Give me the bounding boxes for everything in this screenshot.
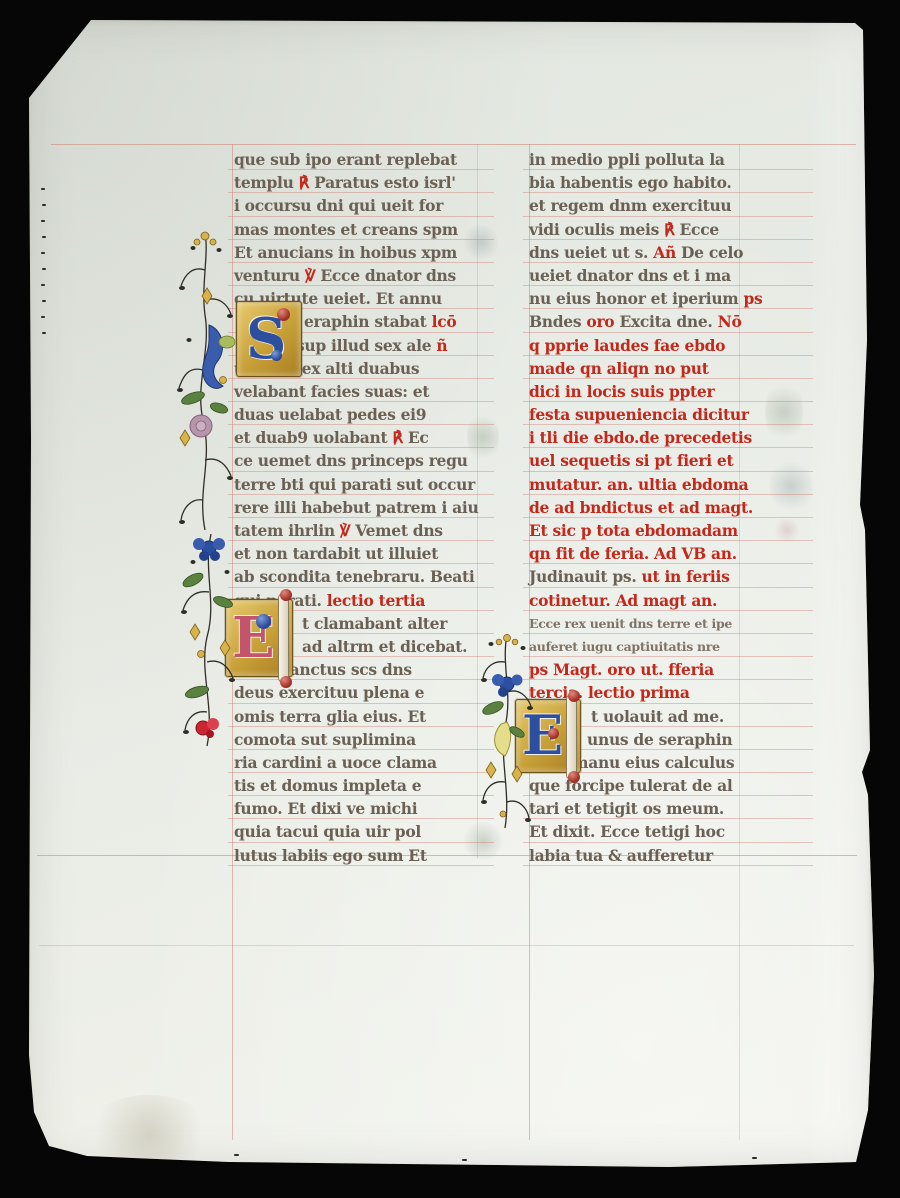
text-line: q pprie laudes fae ebdo	[529, 334, 801, 357]
text-line: tari et tetigit os meum.	[529, 797, 801, 820]
body-text: tis et domus impleta e	[234, 776, 421, 795]
berry-ornament	[548, 728, 559, 739]
rubric-text: ps	[743, 289, 762, 308]
body-text: i occursu dni qui ueit for	[234, 196, 443, 215]
text-line: Et sic p tota ebdomadam	[529, 519, 801, 542]
body-text: Vemet dns	[355, 521, 442, 540]
illuminated-initial-S: S	[236, 301, 302, 377]
body-text: bia habentis ego habito.	[529, 173, 732, 192]
text-line: deus exercituu plena e	[234, 681, 482, 704]
ruling-line-top	[51, 144, 856, 145]
text-line: Ecce rex uenit dns terre et ipe	[529, 612, 801, 635]
body-text: et regem dnm exercituu	[529, 196, 731, 215]
text-line: tatem ihrlin ℣ Vemet dns	[234, 519, 482, 542]
text-line: ab scondita tenebraru. Beati	[234, 565, 482, 588]
rubric-text: ℣	[305, 266, 320, 285]
text-line: ps Magt. oro ut. fferia	[529, 658, 801, 681]
body-text: t uolauit ad me.	[591, 707, 724, 726]
berry-ornament	[568, 771, 580, 783]
body-text: ueiet dnator dns et i ma	[529, 266, 731, 285]
rubric-text: ℟	[392, 428, 407, 447]
text-line: festa supueniencia dicitur	[529, 403, 801, 426]
text-line: que sub ipo erant replebat	[234, 148, 482, 171]
text-line: mas montes et creans spm	[234, 218, 482, 241]
body-text: Ec	[408, 428, 429, 447]
sewing-mark	[234, 1154, 239, 1156]
text-line: ueiet dnator dns et i ma	[529, 264, 801, 287]
text-line: ria cardini a uoce clama	[234, 751, 482, 774]
body-text: ab scondita tenebraru. Beati	[234, 567, 474, 586]
rubric-text: Añ	[653, 243, 681, 262]
body-text: velabant facies suas: et	[234, 382, 429, 401]
text-line: auferet iugu captiuitatis nre	[529, 635, 801, 658]
rubric-text: festa supueniencia dicitur	[529, 405, 749, 424]
body-text: in medio ppli polluta la	[529, 150, 725, 169]
body-text: rere illi habebut patrem i aiu	[234, 498, 478, 517]
body-text: Et anucians in hoibus xpm	[234, 243, 457, 262]
body-text: comota sut suplimina	[234, 730, 416, 749]
rubric-text: Nō	[718, 312, 742, 331]
text-line: i occursu dni qui ueit for	[234, 194, 482, 217]
body-text: venturu	[234, 266, 305, 285]
body-text: duas uelabat pedes ei9	[234, 405, 426, 424]
body-text: eraphin stabat	[304, 312, 432, 331]
body-text: Paratus esto isrl'	[314, 173, 456, 192]
body-text: Judinauit ps.	[529, 567, 642, 586]
rubric-text: ℣	[340, 521, 355, 540]
text-line: templu ℟ Paratus esto isrl'	[234, 171, 482, 194]
body-text: Excita dne.	[619, 312, 717, 331]
parchment-stain	[84, 1095, 214, 1173]
body-text: tatem ihrlin	[234, 521, 340, 540]
text-line: et duab9 uolabant ℟ Ec	[234, 426, 482, 449]
text-line: mutatur. an. ultia ebdoma	[529, 473, 801, 496]
text-line: rere illi habebut patrem i aiu	[234, 496, 482, 519]
rubric-text: qn fit de feria. Ad VB an.	[529, 544, 737, 563]
body-text: mas montes et creans spm	[234, 220, 458, 239]
text-line: de ad bndictus et ad magt.	[529, 496, 801, 519]
body-text: ce uemet dns princeps regu	[234, 451, 468, 470]
text-line: i tli die ebdo.de precedetis	[529, 426, 801, 449]
body-text: Ecce dnator dns	[320, 266, 456, 285]
text-line: qn fit de feria. Ad VB an.	[529, 542, 801, 565]
text-line: labia tua & aufferetur	[529, 844, 801, 867]
sewing-mark	[41, 220, 45, 222]
sewing-mark	[41, 188, 45, 190]
rubric-text: uel sequetis si pt fieri et	[529, 451, 733, 470]
body-text: lutus labiis ego sum Et	[234, 846, 427, 865]
text-line: nu eius honor et iperium ps	[529, 287, 801, 310]
photo-background: que sub ipo erant replebattemplu ℟ Parat…	[0, 0, 900, 1198]
body-text: auferet iugu captiuitatis nre	[529, 639, 720, 654]
body-text: omis terra glia eius. Et	[234, 707, 426, 726]
sewing-mark	[42, 204, 46, 206]
text-line: uel sequetis si pt fieri et	[529, 449, 801, 472]
body-text: et non tardabit ut illuiet	[234, 544, 438, 563]
text-line: Et dixit. Ecce tetigi hoc	[529, 820, 801, 843]
text-line: Et anucians in hoibus xpm	[234, 241, 482, 264]
rubric-text: ℟	[664, 220, 679, 239]
body-text: dns ueiet ut s.	[529, 243, 653, 262]
rubric-text: ℟	[299, 173, 314, 192]
rubric-text: ut in feriis	[642, 567, 730, 586]
body-text: unus de seraphin	[587, 730, 732, 749]
rubric-text: cotinetur. Ad magt an.	[529, 591, 717, 610]
text-line: tis et domus impleta e	[234, 774, 482, 797]
body-text: que sub ipo erant replebat	[234, 150, 457, 169]
sewing-mark	[41, 252, 45, 254]
text-line: dns ueiet ut s. Añ De celo	[529, 241, 801, 264]
body-text: sup illud sex ale	[296, 336, 436, 355]
body-text: quia tacui quia uir pol	[234, 822, 421, 841]
text-line: cotinetur. Ad magt an.	[529, 589, 801, 612]
text-line: Bndes oro Excita dne. Nō	[529, 310, 801, 333]
sewing-mark	[752, 1157, 757, 1159]
ruling-line-lower-margin	[39, 945, 854, 946]
text-line: vidi oculis meis ℟ Ecce	[529, 218, 801, 241]
rubric-text: lcō	[432, 312, 457, 331]
text-line: quia tacui quia uir pol	[234, 820, 482, 843]
text-line: velabant facies suas: et	[234, 380, 482, 403]
berry-ornament	[271, 350, 282, 361]
text-line: et regem dnm exercituu	[529, 194, 801, 217]
floral-border-spray	[175, 230, 239, 535]
manuscript-leaf: que sub ipo erant replebattemplu ℟ Parat…	[29, 20, 874, 1168]
berry-ornament	[568, 690, 580, 702]
rubric-text: ps Magt. oro ut. fferia	[529, 660, 714, 679]
rubric-text: lectio tertia	[327, 591, 425, 610]
text-line: comota sut suplimina	[234, 728, 482, 751]
rubric-text: made qn aliqn no put	[529, 359, 709, 378]
body-text: ad altrm et dicebat.	[302, 637, 467, 656]
text-line: dici in locis suis ppter	[529, 380, 801, 403]
text-line: made qn aliqn no put	[529, 357, 801, 380]
text-line: omis terra glia eius. Et	[234, 705, 482, 728]
body-text: templu	[234, 173, 299, 192]
body-text: Ecce rex uenit dns terre et ipe	[529, 616, 732, 631]
text-line: in medio ppli polluta la	[529, 148, 801, 171]
sewing-mark	[42, 236, 46, 238]
sewing-mark	[41, 284, 45, 286]
sewing-mark	[462, 1159, 467, 1161]
body-text: Ecce	[680, 220, 719, 239]
sewing-mark	[42, 332, 46, 334]
text-line: et non tardabit ut illuiet	[234, 542, 482, 565]
cadel-shaft	[566, 694, 577, 780]
text-line: bia habentis ego habito.	[529, 171, 801, 194]
berry-ornament	[280, 589, 292, 601]
berry-ornament	[280, 676, 292, 688]
rubric-text: Et sic p tota ebdomadam	[529, 521, 738, 540]
acanthus-tuft	[495, 722, 511, 756]
sewing-mark	[42, 300, 46, 302]
body-text: ria cardini a uoce clama	[234, 753, 437, 772]
sewing-mark	[42, 268, 46, 270]
rubric-text: i tli die ebdo.de precedetis	[529, 428, 752, 447]
rubric-text: de ad bndictus et ad magt.	[529, 498, 753, 517]
floral-border-spray	[177, 532, 241, 750]
sewing-mark	[41, 316, 45, 318]
text-line: lutus labiis ego sum Et	[234, 844, 482, 867]
floral-border-spray	[477, 632, 535, 830]
berry-ornament	[256, 614, 271, 629]
text-line: venturu ℣ Ecce dnator dns	[234, 264, 482, 287]
body-text: labia tua & aufferetur	[529, 846, 713, 865]
cadel-shaft	[278, 593, 289, 683]
body-text: que forcipe tulerat de al	[529, 776, 732, 795]
body-text: et duab9 uolabant	[234, 428, 392, 447]
body-text: vidi oculis meis	[529, 220, 664, 239]
body-text: Bndes	[529, 312, 586, 331]
body-text: Et dixit. Ecce tetigi hoc	[529, 822, 725, 841]
text-line: ce uemet dns princeps regu	[234, 449, 482, 472]
text-line: fumo. Et dixi ve michi	[234, 797, 482, 820]
body-text: De celo	[681, 243, 743, 262]
berry-ornament	[277, 308, 290, 321]
body-text: fumo. Et dixi ve michi	[234, 799, 417, 818]
blue-flower	[492, 674, 523, 697]
rubric-text: q pprie laudes fae ebdo	[529, 336, 725, 355]
body-text: terre bti qui parati sut occur	[234, 475, 475, 494]
text-line: Judinauit ps. ut in feriis	[529, 565, 801, 588]
rubric-text: dici in locis suis ppter	[529, 382, 714, 401]
body-text: t clamabant alter	[302, 614, 447, 633]
body-text: tari et tetigit os meum.	[529, 799, 724, 818]
rubric-text: ñ	[436, 336, 447, 355]
text-line: duas uelabat pedes ei9	[234, 403, 482, 426]
red-flower	[196, 718, 219, 738]
body-text: deus exercituu plena e	[234, 683, 424, 702]
body-text: nu eius honor et iperium	[529, 289, 743, 308]
rubric-text: oro	[586, 312, 619, 331]
text-line: terre bti qui parati sut occur	[234, 473, 482, 496]
text-column-left: que sub ipo erant replebattemplu ℟ Parat…	[234, 148, 482, 867]
rubric-text: mutatur. an. ultia ebdoma	[529, 475, 748, 494]
